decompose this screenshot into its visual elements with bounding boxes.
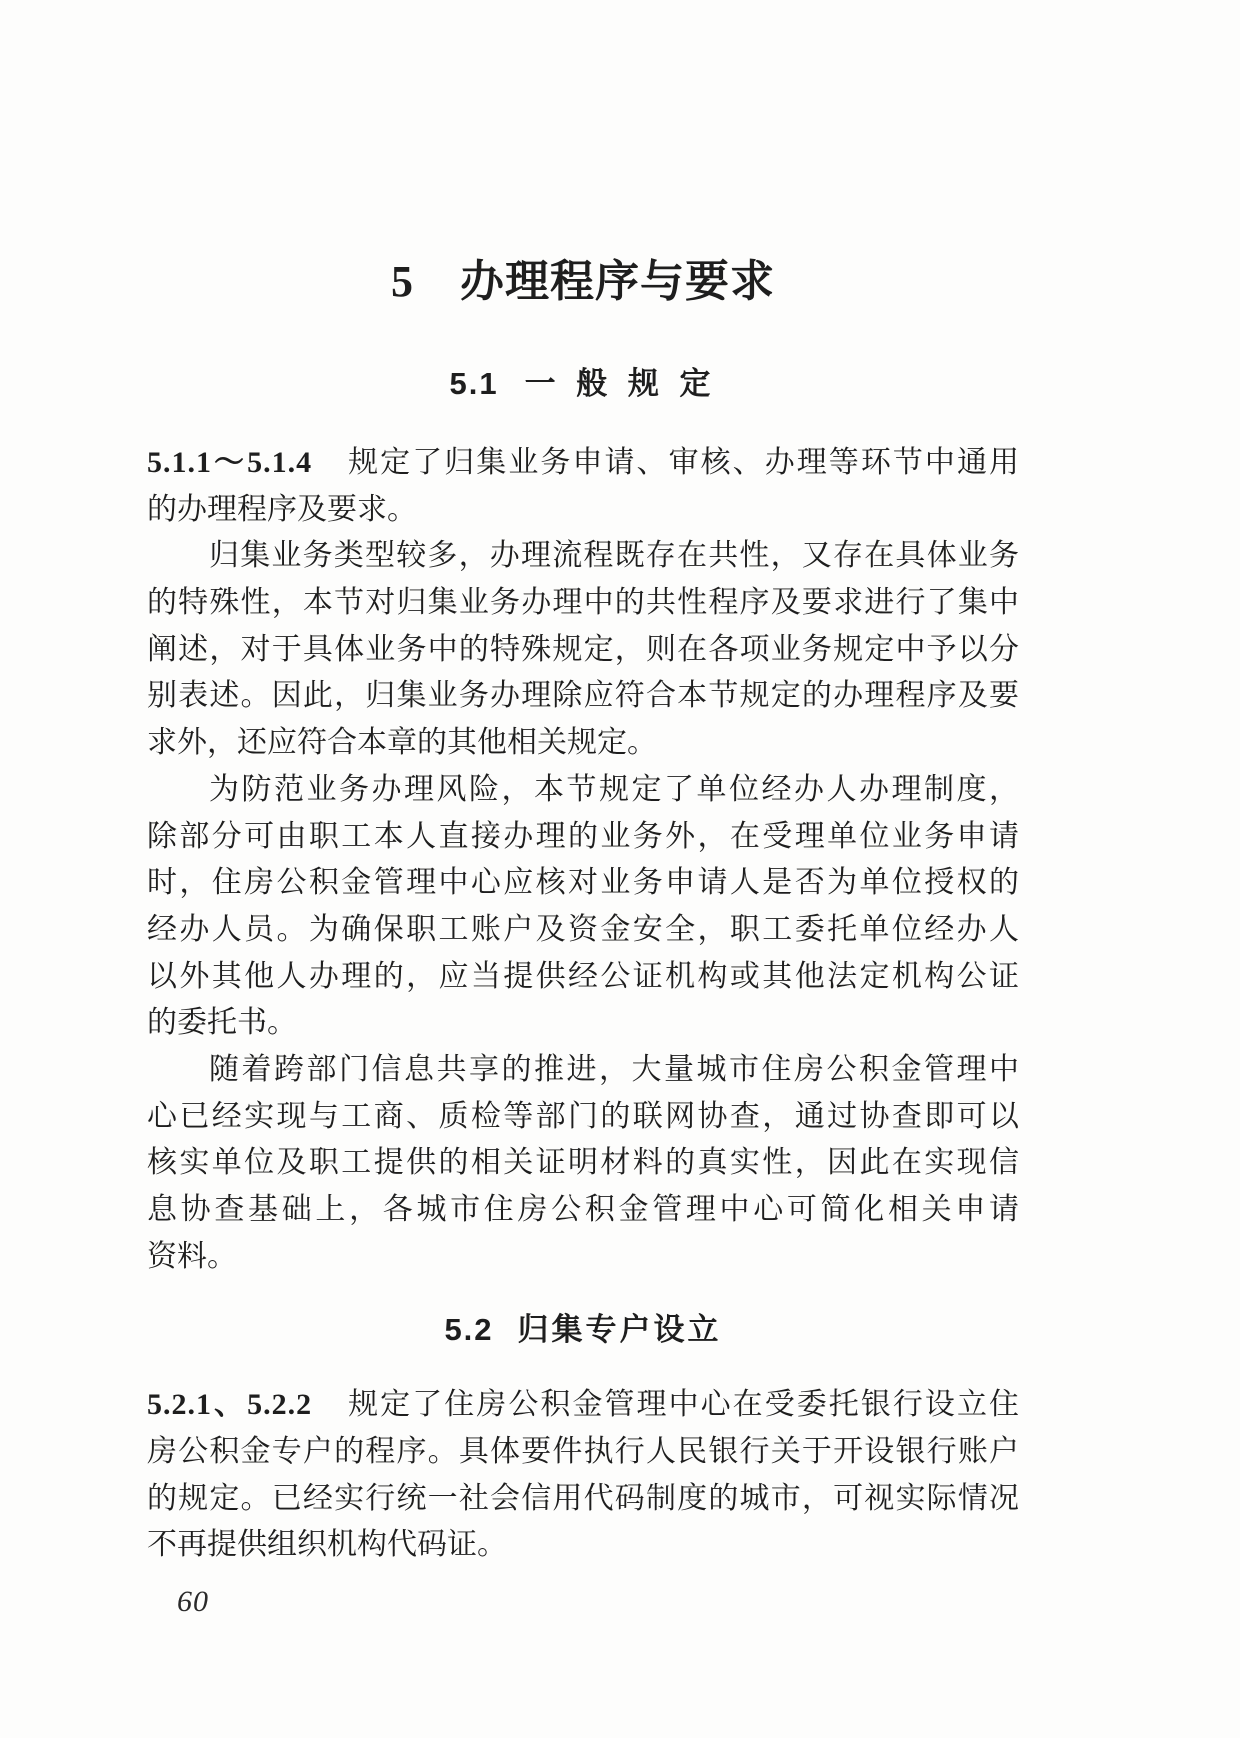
commentary-paragraph-3: 随着跨部门信息共享的推进，大量城市住房公积金管理中 心已经实现与工商、质检等部门…: [147, 1047, 1019, 1280]
text-line: 的办理程序及要求。: [147, 487, 1019, 534]
text-line: 经办人员。为确保职工账户及资金安全，职工委托单位经办人: [147, 907, 1019, 954]
text-line: 核实单位及职工提供的相关证明材料的真实性，因此在实现信: [147, 1140, 1019, 1187]
paragraph-5-2-1-and-5-2-2: 5.2.1、5.2.2规定了住房公积金管理中心在受委托银行设立住 房公积金专户的…: [147, 1382, 1019, 1569]
chapter-number: 5: [391, 257, 414, 306]
section-title-text: 归集专户设立: [518, 1312, 722, 1347]
text-line: 5.1.1～5.1.4规定了归集业务申请、审核、办理等环节中通用: [147, 440, 1019, 487]
text-line: 的特殊性，本节对归集业务办理中的共性程序及要求进行了集中: [147, 580, 1019, 627]
section-number: 5.1: [450, 366, 499, 401]
text-block: 5办理程序与要求 5.1一 般 规 定 5.1.1～5.1.4规定了归集业务申请…: [147, 0, 1019, 1619]
chapter-title-text: 办理程序与要求: [460, 257, 775, 306]
clause-range-label: 5.2.1、5.2.2: [147, 1388, 312, 1421]
text-line: 归集业务类型较多，办理流程既存在共性，又存在具体业务: [147, 533, 1019, 580]
text-line: 阐述，对于具体业务中的特殊规定，则在各项业务规定中予以分: [147, 627, 1019, 674]
commentary-paragraph-1: 归集业务类型较多，办理流程既存在共性，又存在具体业务 的特殊性，本节对归集业务办…: [147, 533, 1019, 766]
section-number: 5.2: [444, 1312, 493, 1347]
text-line: 心已经实现与工商、质检等部门的联网协查，通过协查即可以: [147, 1094, 1019, 1141]
section-heading-5-2: 5.2归集专户设立: [147, 1308, 1019, 1352]
text-line: 别表述。因此，归集业务办理除应符合本节规定的办理程序及要: [147, 673, 1019, 720]
page-number: 60: [177, 1585, 1019, 1619]
text-line: 资料。: [147, 1234, 1019, 1281]
section-title-text: 一 般 规 定: [525, 366, 717, 401]
text-line: 除部分可由职工本人直接办理的业务外，在受理单位业务申请: [147, 814, 1019, 861]
text-line: 时，住房公积金管理中心应核对业务申请人是否为单位授权的: [147, 860, 1019, 907]
text-line: 以外其他人办理的，应当提供经公证机构或其他法定机构公证: [147, 954, 1019, 1001]
paragraph-5-1-1-to-5-1-4: 5.1.1～5.1.4规定了归集业务申请、审核、办理等环节中通用 的办理程序及要…: [147, 440, 1019, 533]
commentary-paragraph-2: 为防范业务办理风险，本节规定了单位经办人办理制度， 除部分可由职工本人直接办理的…: [147, 767, 1019, 1047]
text-line: 的委托书。: [147, 1000, 1019, 1047]
text-line: 求外，还应符合本章的其他相关规定。: [147, 720, 1019, 767]
text-line: 为防范业务办理风险，本节规定了单位经办人办理制度，: [147, 767, 1019, 814]
section-heading-5-1: 5.1一 般 规 定: [147, 362, 1019, 406]
text-run: 规定了住房公积金管理中心在受委托银行设立住: [346, 1388, 1019, 1421]
text-run: 规定了归集业务申请、审核、办理等环节中通用: [346, 446, 1019, 479]
text-line: 5.2.1、5.2.2规定了住房公积金管理中心在受委托银行设立住: [147, 1382, 1019, 1429]
text-line: 不再提供组织机构代码证。: [147, 1522, 1019, 1569]
text-line: 息协查基础上，各城市住房公积金管理中心可简化相关申请: [147, 1187, 1019, 1234]
text-line: 随着跨部门信息共享的推进，大量城市住房公积金管理中: [147, 1047, 1019, 1094]
document-page: 5办理程序与要求 5.1一 般 规 定 5.1.1～5.1.4规定了归集业务申请…: [0, 0, 1240, 1738]
clause-range-label: 5.1.1～5.1.4: [147, 446, 312, 479]
chapter-title: 5办理程序与要求: [147, 252, 1019, 312]
text-line: 房公积金专户的程序。具体要件执行人民银行关于开设银行账户: [147, 1429, 1019, 1476]
text-line: 的规定。已经实行统一社会信用代码制度的城市，可视实际情况: [147, 1476, 1019, 1523]
